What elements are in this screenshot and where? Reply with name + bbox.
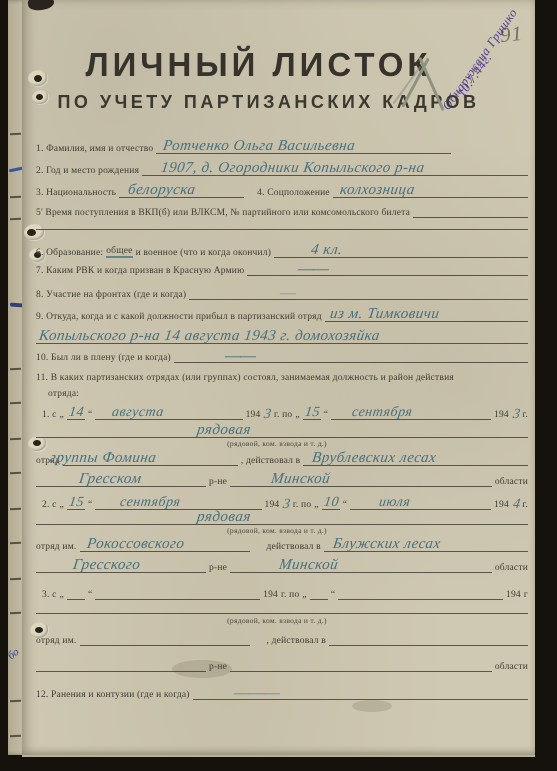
day-from-handwritten: 14 (68, 406, 85, 420)
day-from-handwritten: 15 (68, 496, 85, 510)
field-label: 10. Был ли в плену (где и когда) (36, 353, 171, 363)
margin-tick (10, 542, 21, 545)
unit-label: отряд им. (36, 636, 77, 646)
field-row-birth: 2. Год и место рождения 1907, д. Огородн… (36, 158, 528, 176)
field-label: 5' Время поступления в ВКП(б) или ВЛКСМ,… (36, 208, 410, 218)
field-value-handwritten: Ротченко Ольга Васильевна (162, 139, 356, 154)
acted-label: , действовал в (241, 456, 301, 466)
field-label: 9. Откуда, когда и с какой должности при… (36, 312, 322, 322)
field-label: 2. Год и место рождения (36, 166, 139, 176)
service-row-2-unit: отряд им. Рокоссовского действовал в Блу… (36, 536, 528, 552)
acted-label: действовал в (267, 542, 321, 552)
field-label: 4. Соцположение (257, 188, 330, 198)
region-label: области (495, 477, 528, 487)
field-row-nationality-social: 3. Национальность белоруска 4. Соцположе… (36, 180, 528, 198)
margin-tick (10, 402, 21, 405)
quote-mark: „ (302, 590, 306, 600)
margin-tick (10, 133, 21, 136)
margin-tick (10, 508, 21, 511)
service-row-3-district: р-не области (36, 658, 528, 672)
day-to-handwritten: 10 (323, 496, 340, 510)
district-handwritten: Гресском (78, 472, 142, 487)
field-label: 6. Образование: (36, 248, 103, 258)
field-row-wounds: 12. Ранения и контузии (где и когда) ——— (36, 684, 528, 700)
to-label: г. по (281, 590, 299, 600)
field-row-name: 1. Фамилия, имя и отчество Ротченко Ольг… (36, 136, 528, 154)
field-label: 12. Ранения и контузии (где и когда) (36, 690, 190, 700)
month-to-handwritten: июля (378, 496, 411, 510)
field-value-handwritten: колхозница (339, 183, 416, 198)
position-handwritten: рядовая (196, 510, 252, 525)
acted-label: , действовал в (267, 636, 327, 646)
field-row-fronts: 8. Участие на фронтах (где и когда) — (36, 284, 528, 300)
margin-tick (10, 218, 21, 221)
position-caption: (рядовой, ком. взвода и т. д.) (112, 616, 442, 625)
margin-tick (10, 438, 21, 441)
margin-tick (10, 578, 21, 581)
region-handwritten: Минской (278, 558, 339, 573)
unit-value-handwritten: Рокоссовского (86, 537, 185, 552)
service-row-3-position (36, 606, 528, 614)
field-row-units-header2: отряда: (36, 385, 528, 399)
field-label: 3. Национальность (36, 188, 116, 198)
region-handwritten: Минской (270, 472, 331, 487)
quote-mark: “ (331, 590, 335, 600)
unit-label: отряд им. (36, 542, 77, 552)
margin-handwritten-note: бо (5, 646, 21, 662)
quote-mark: „ (60, 590, 64, 600)
acted-value-handwritten: Блужских лесах (332, 537, 442, 552)
field-value-handwritten: — (279, 283, 297, 301)
service-row-1-district: Гресском р-не Минской области (36, 472, 528, 487)
scan-smudge (352, 700, 392, 712)
form-page: 91 Обнаружена Гришко 10.7.44г. ЛИЧНЫЙ ЛИ… (22, 0, 535, 757)
year-to-handwritten: 3 (512, 408, 521, 422)
month-from-handwritten: сентября (119, 496, 181, 510)
field-row-arrival: 9. Откуда, когда и с какой должности при… (36, 306, 528, 322)
field-label: 8. Участие на фронтах (где и когда) (36, 290, 186, 300)
position-handwritten: рядовая (196, 423, 252, 438)
month-to-handwritten: сентября (351, 406, 413, 420)
field-label: 7. Каким РВК и когда призван в Красную А… (36, 266, 244, 276)
margin-tick (10, 196, 21, 199)
service-row-1-dates: 1. с „ 14 “ августа 194 3 г. по „ 15 “ с… (36, 402, 528, 420)
blue-ink-mark (9, 167, 23, 173)
service-row-2-district: Гресского р-не Минской области (36, 558, 528, 573)
quote-mark: “ (88, 590, 92, 600)
day-to-handwritten: 15 (304, 406, 321, 420)
unit-value-handwritten: группы Фомина (49, 451, 157, 466)
row-index: 3. с (42, 590, 57, 600)
service-row-1-position: рядовая (36, 424, 528, 438)
field-value-handwritten: 1907, д. Огородники Копыльского р-на (160, 161, 426, 176)
field-label: 11. В каких партизанских отрядах (или гр… (36, 373, 454, 383)
field-value-handwritten: белоруска (127, 183, 196, 198)
district-label: р-не (209, 477, 227, 487)
district-handwritten: Гресского (72, 558, 141, 573)
margin-tick (10, 700, 21, 703)
month-from-handwritten: августа (111, 406, 165, 420)
field-value-handwritten: ——— (233, 683, 281, 701)
year-printed: 194 (506, 590, 521, 600)
service-row-3-dates: 3. с „ “ 194 г. по „ “ 194 г (36, 582, 528, 600)
field-row-captivity: 10. Был ли в плену (где и когда) —— (36, 348, 528, 363)
field-value-handwritten: из м. Тимковичи (329, 307, 440, 322)
region-label: области (495, 563, 528, 573)
field-value-handwritten: 4 кл. (310, 243, 343, 258)
margin-tick (10, 612, 21, 615)
service-row-2-position: рядовая (36, 512, 528, 525)
field-row-party: 5' Время поступления в ВКП(б) или ВЛКСМ,… (36, 202, 528, 218)
margin-tick (10, 735, 21, 738)
field-value-handwritten: —— (224, 346, 257, 364)
acted-value-handwritten: Врублевских лесах (311, 451, 437, 466)
district-label: р-не (209, 662, 227, 672)
binding-hole (28, 436, 46, 451)
field-value-handwritten: Копыльского р-на 14 августа 1943 г. домо… (38, 329, 381, 344)
scan-smudge (27, 0, 55, 12)
field-label: 1. Фамилия, имя и отчество (36, 144, 153, 154)
district-label: р-не (209, 563, 227, 573)
field-row-units-header: 11. В каких партизанских отрядах (или гр… (36, 369, 528, 383)
field-row-rvk: 7. Каким РВК и когда призван в Красную А… (36, 260, 528, 276)
ruled-line-empty (36, 222, 528, 230)
service-row-1-unit: отряд группы Фомина , действовал в Врубл… (36, 450, 528, 466)
year-suffix: г (524, 590, 528, 600)
service-row-3-unit: отряд им. , действовал в (36, 630, 528, 646)
year-printed: 194 (263, 590, 278, 600)
field-label: отряда: (48, 389, 79, 399)
margin-tick (10, 368, 21, 371)
margin-tick (10, 472, 21, 475)
region-label: области (495, 662, 528, 672)
field-value-handwritten: —— (297, 259, 330, 277)
field-label-underlined: общее (106, 246, 132, 258)
